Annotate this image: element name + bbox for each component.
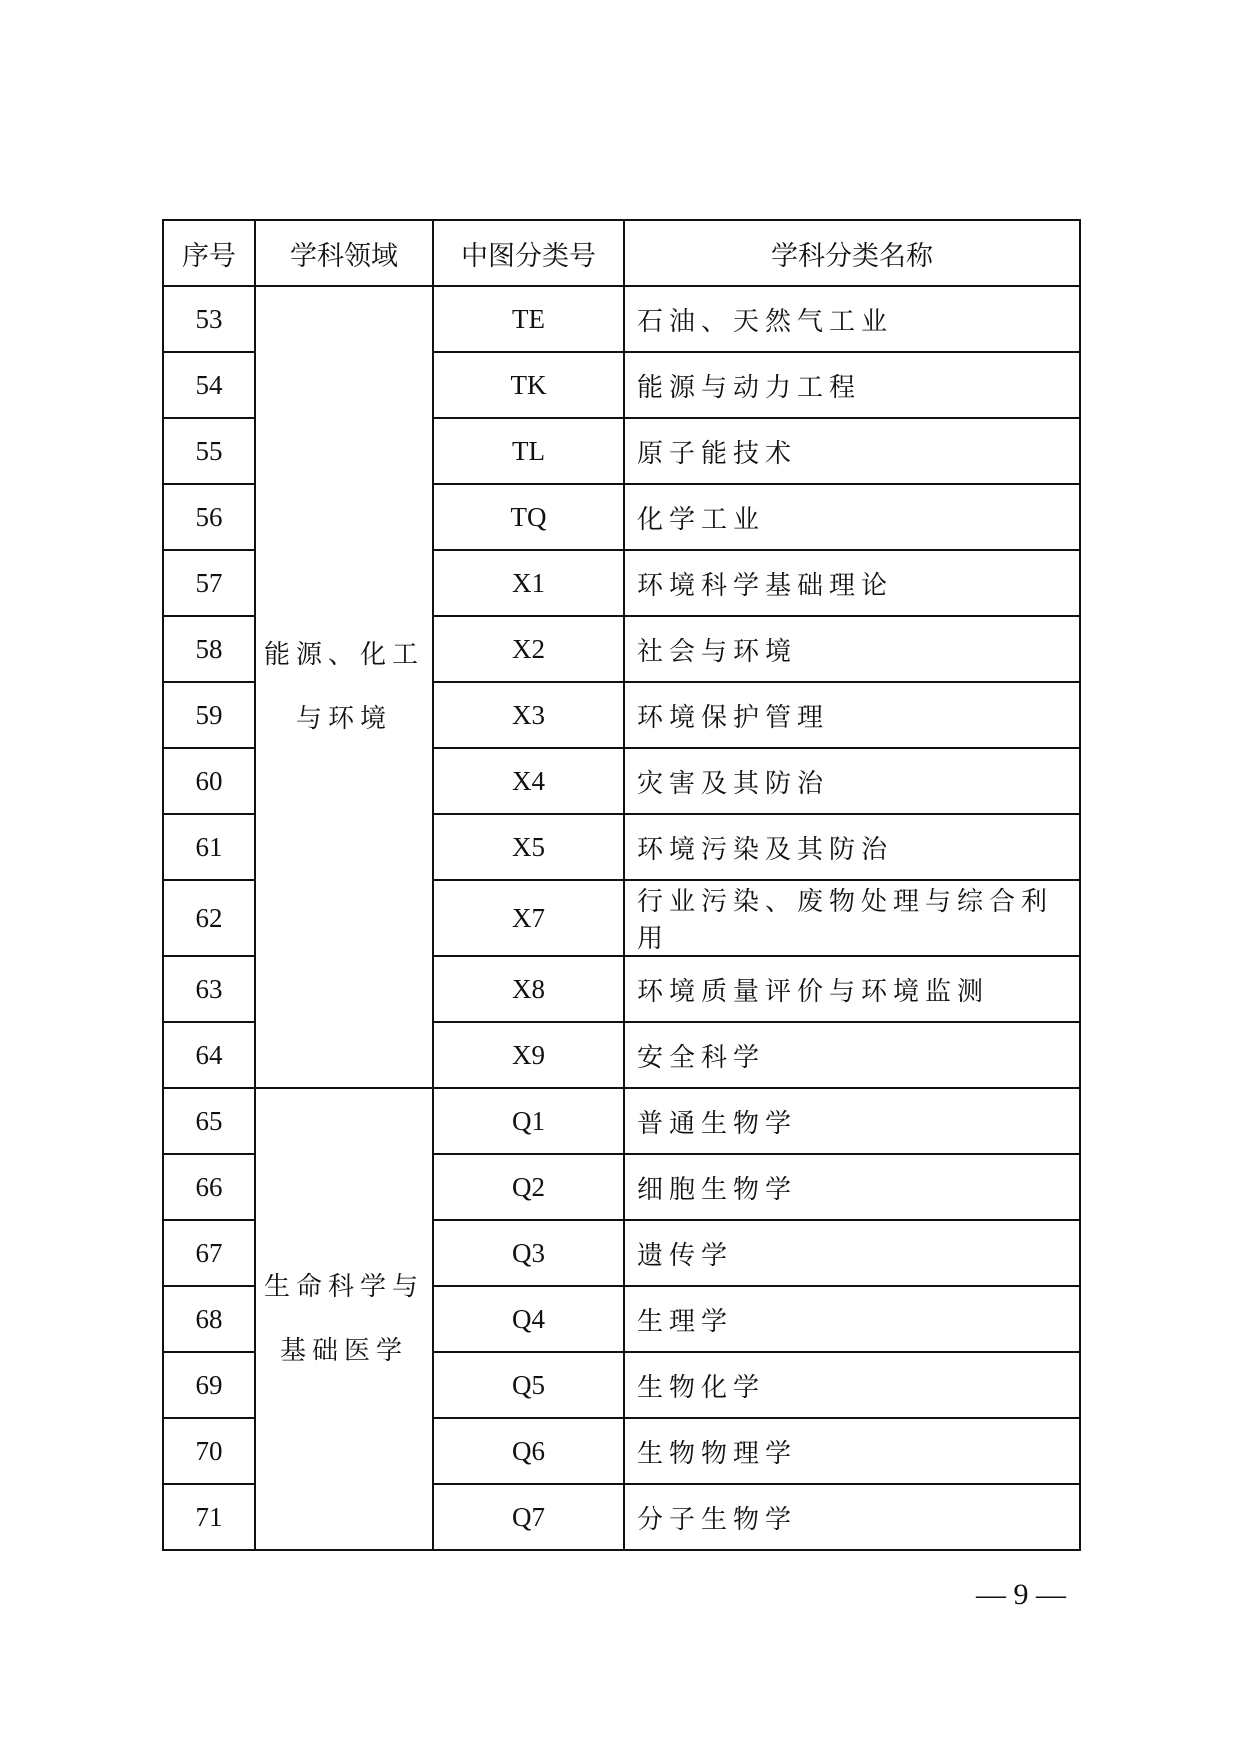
- subject-name: 细胞生物学: [624, 1154, 1080, 1220]
- subject-name: 遗传学: [624, 1220, 1080, 1286]
- clc-code: X9: [433, 1022, 624, 1088]
- subject-classification-table: 序号 学科领域 中图分类号 学科分类名称 53 能源、化工 与环境 TE 石油、…: [162, 219, 1081, 1551]
- clc-code: TQ: [433, 484, 624, 550]
- subject-name: 社会与环境: [624, 616, 1080, 682]
- subject-name: 原子能技术: [624, 418, 1080, 484]
- header-subject-domain: 学科领域: [255, 220, 433, 286]
- serial-number: 68: [163, 1286, 255, 1352]
- clc-code: X4: [433, 748, 624, 814]
- subject-name: 环境保护管理: [624, 682, 1080, 748]
- subject-name: 分子生物学: [624, 1484, 1080, 1550]
- header-clc-code: 中图分类号: [433, 220, 624, 286]
- clc-code: Q4: [433, 1286, 624, 1352]
- clc-code: X5: [433, 814, 624, 880]
- domain-line: 生命科学与: [256, 1255, 432, 1319]
- subject-name: 生物化学: [624, 1352, 1080, 1418]
- table-row: 53 能源、化工 与环境 TE 石油、天然气工业: [163, 286, 1080, 352]
- serial-number: 65: [163, 1088, 255, 1154]
- serial-number: 61: [163, 814, 255, 880]
- subject-name: 石油、天然气工业: [624, 286, 1080, 352]
- domain-energy-chemical-environment: 能源、化工 与环境: [255, 286, 433, 1088]
- serial-number: 63: [163, 956, 255, 1022]
- serial-number: 59: [163, 682, 255, 748]
- subject-name: 生物物理学: [624, 1418, 1080, 1484]
- domain-line: 基础医学: [256, 1319, 432, 1383]
- serial-number: 56: [163, 484, 255, 550]
- subject-name: 安全科学: [624, 1022, 1080, 1088]
- subject-name: 普通生物学: [624, 1088, 1080, 1154]
- clc-code: X8: [433, 956, 624, 1022]
- clc-code: Q1: [433, 1088, 624, 1154]
- clc-code: TE: [433, 286, 624, 352]
- subject-name: 环境污染及其防治: [624, 814, 1080, 880]
- clc-code: Q7: [433, 1484, 624, 1550]
- clc-code: X7: [433, 880, 624, 956]
- serial-number: 69: [163, 1352, 255, 1418]
- serial-number: 53: [163, 286, 255, 352]
- serial-number: 54: [163, 352, 255, 418]
- subject-name: 环境科学基础理论: [624, 550, 1080, 616]
- domain-line: 与环境: [256, 687, 432, 751]
- subject-name: 化学工业: [624, 484, 1080, 550]
- clc-code: Q3: [433, 1220, 624, 1286]
- domain-line: 能源、化工: [256, 623, 432, 687]
- serial-number: 55: [163, 418, 255, 484]
- subject-name: 环境质量评价与环境监测: [624, 956, 1080, 1022]
- clc-code: Q2: [433, 1154, 624, 1220]
- page-number: — 9 —: [965, 1578, 1077, 1612]
- serial-number: 64: [163, 1022, 255, 1088]
- subject-name: 生理学: [624, 1286, 1080, 1352]
- header-subject-name: 学科分类名称: [624, 220, 1080, 286]
- table-header-row: 序号 学科领域 中图分类号 学科分类名称: [163, 220, 1080, 286]
- clc-code: TK: [433, 352, 624, 418]
- serial-number: 60: [163, 748, 255, 814]
- serial-number: 66: [163, 1154, 255, 1220]
- serial-number: 62: [163, 880, 255, 956]
- serial-number: 71: [163, 1484, 255, 1550]
- clc-code: Q6: [433, 1418, 624, 1484]
- serial-number: 70: [163, 1418, 255, 1484]
- header-serial-number: 序号: [163, 220, 255, 286]
- table-row: 65 生命科学与 基础医学 Q1 普通生物学: [163, 1088, 1080, 1154]
- subject-name: 灾害及其防治: [624, 748, 1080, 814]
- clc-code: TL: [433, 418, 624, 484]
- clc-code: X1: [433, 550, 624, 616]
- serial-number: 57: [163, 550, 255, 616]
- clc-code: Q5: [433, 1352, 624, 1418]
- serial-number: 58: [163, 616, 255, 682]
- subject-name: 能源与动力工程: [624, 352, 1080, 418]
- clc-code: X3: [433, 682, 624, 748]
- serial-number: 67: [163, 1220, 255, 1286]
- domain-life-science-basic-medicine: 生命科学与 基础医学: [255, 1088, 433, 1550]
- subject-name: 行业污染、废物处理与综合利用: [624, 880, 1080, 956]
- clc-code: X2: [433, 616, 624, 682]
